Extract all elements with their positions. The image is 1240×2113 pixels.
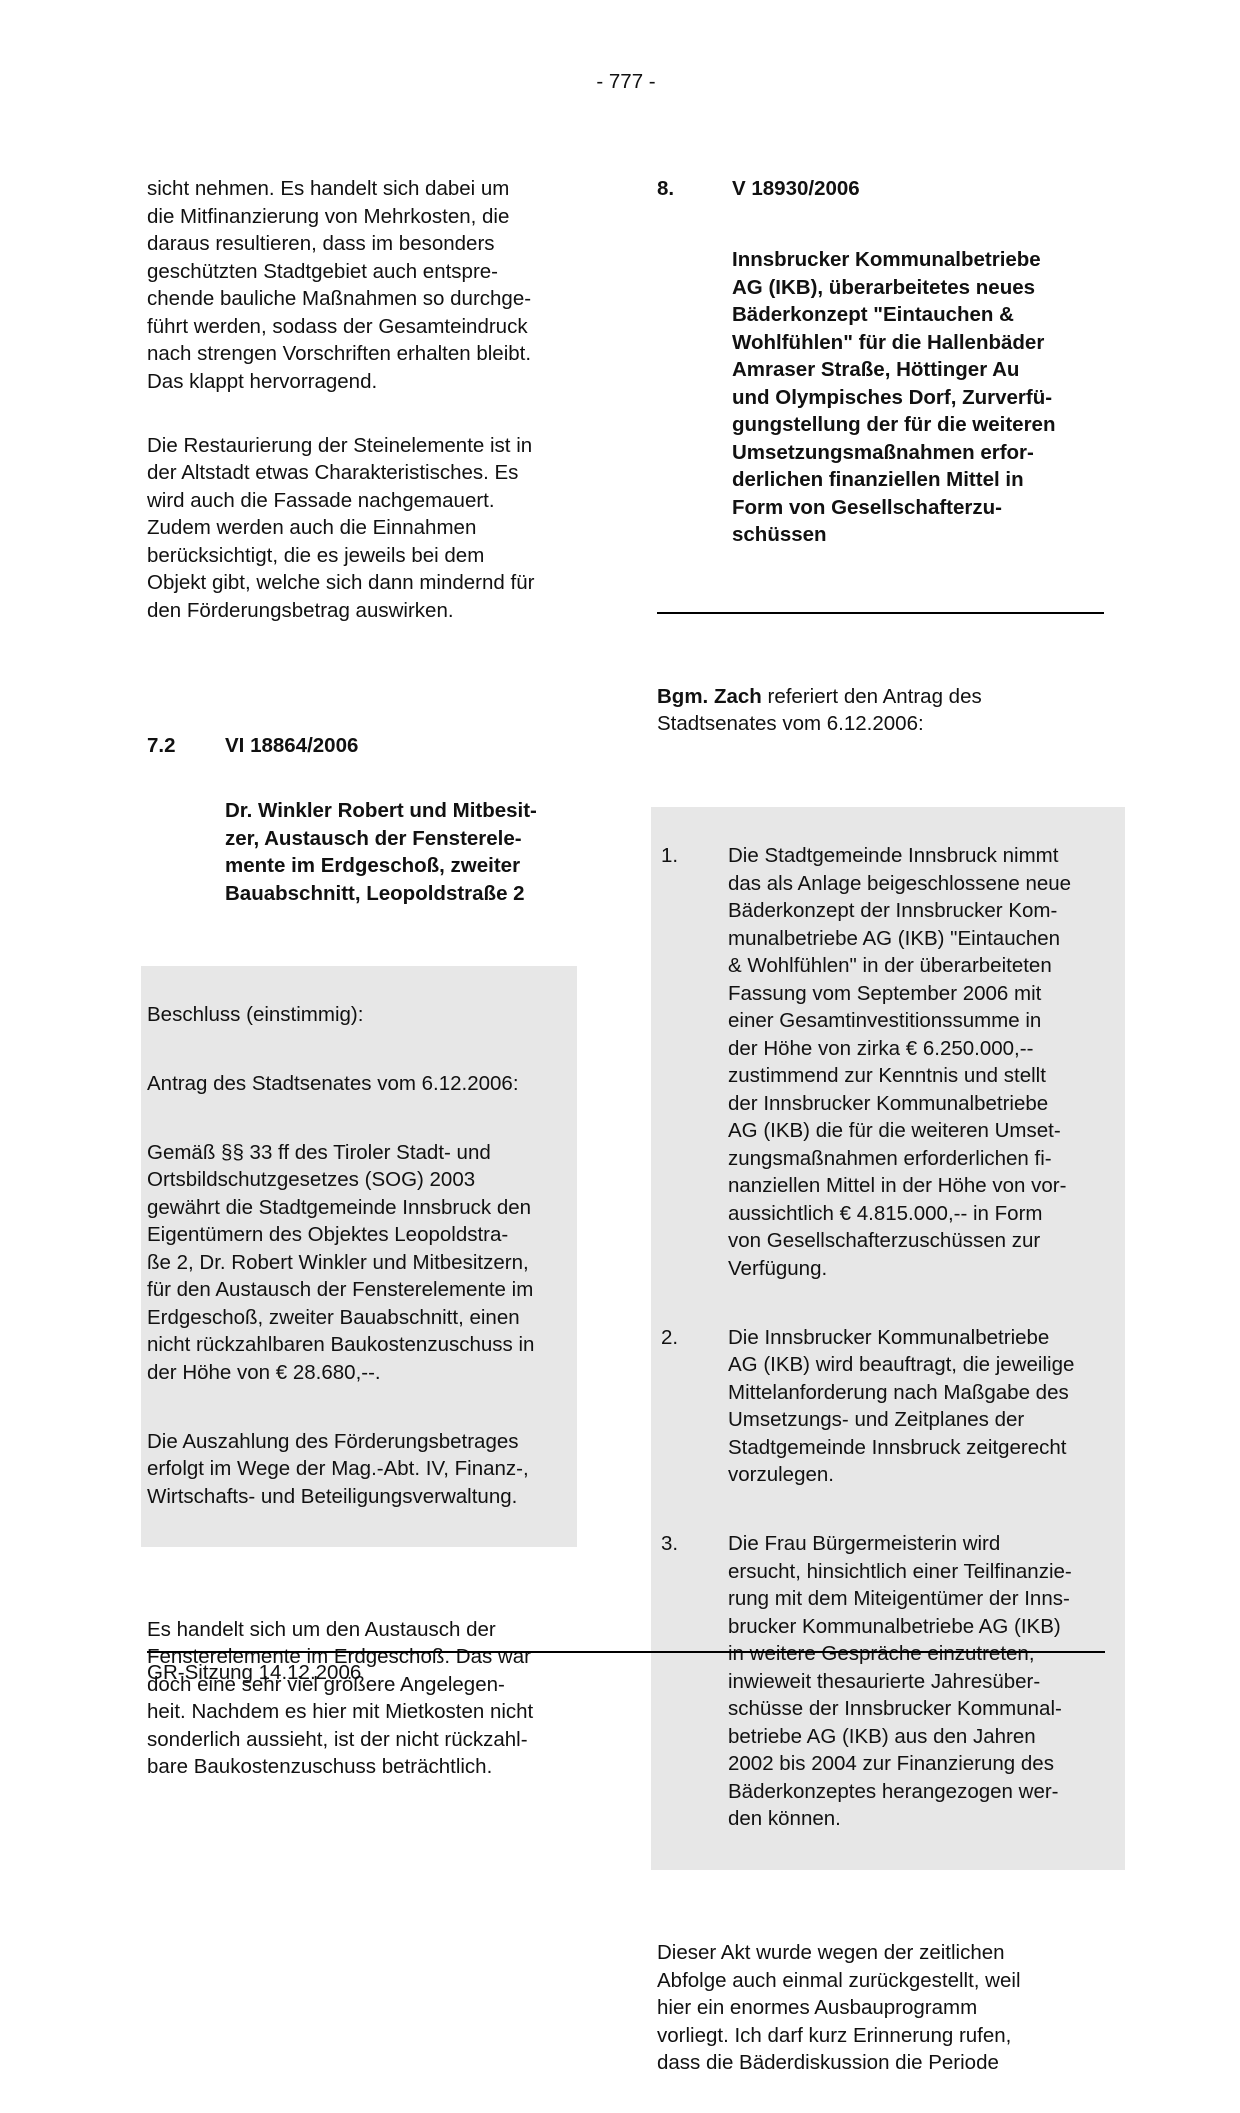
motion-intro: Antrag des Stadtsenates vom 6.12.2006: bbox=[147, 1070, 571, 1098]
resolution-item-number: 2. bbox=[661, 1324, 728, 1489]
motion-text: Gemäß §§ 33 ff des Tiroler Stadt- und Or… bbox=[147, 1139, 571, 1387]
agenda-item-reference: V 18930/2006 bbox=[732, 175, 860, 203]
resolution-item: 2. Die Innsbrucker Kommunalbetriebe AG (… bbox=[661, 1324, 1119, 1489]
heading-divider bbox=[657, 612, 1104, 614]
agenda-item-number: 8. bbox=[657, 175, 732, 203]
agenda-item-7-2-heading: 7.2 VI 18864/2006 bbox=[147, 732, 597, 760]
page-number: - 777 - bbox=[147, 68, 1105, 96]
agenda-item-7-2-title: Dr. Winkler Robert und Mitbesit- zer, Au… bbox=[225, 797, 597, 907]
right-column: 8. V 18930/2006 Innsbrucker Kommunalbetr… bbox=[657, 148, 1125, 2113]
resolution-item-text: Die Innsbrucker Kommunalbetriebe AG (IKB… bbox=[728, 1324, 1119, 1489]
agenda-item-8-title: Innsbrucker Kommunalbetriebe AG (IKB), ü… bbox=[732, 246, 1125, 549]
payment-text: Die Auszahlung des Förderungsbetrages er… bbox=[147, 1428, 571, 1511]
left-column: sicht nehmen. Es handelt sich dabei um d… bbox=[147, 148, 597, 1818]
decision-label: Beschluss (einstimmig): bbox=[147, 1001, 571, 1029]
two-column-layout: sicht nehmen. Es handelt sich dabei um d… bbox=[147, 148, 1125, 2113]
resolution-item-text: Die Stadtgemeinde Innsbruck nimmt das al… bbox=[728, 842, 1119, 1282]
resolution-item: 1. Die Stadtgemeinde Innsbruck nimmt das… bbox=[661, 842, 1119, 1282]
paragraph-commentary: Dieser Akt wurde wegen der zeitlichen Ab… bbox=[657, 1939, 1125, 2077]
resolution-highlight-block: 1. Die Stadtgemeinde Innsbruck nimmt das… bbox=[651, 807, 1125, 1871]
page-footer: GR-Sitzung 14.12.2006 bbox=[147, 1651, 1105, 1687]
decision-highlight-block: Beschluss (einstimmig): Antrag des Stadt… bbox=[141, 966, 577, 1547]
paragraph-commentary: Es handelt sich um den Austausch der Fen… bbox=[147, 1616, 597, 1781]
agenda-item-number: 7.2 bbox=[147, 732, 225, 760]
speaker-paragraph: Bgm. Zach referiert den Antrag des Stadt… bbox=[657, 683, 1125, 738]
document-page: - 777 - sicht nehmen. Es handelt sich da… bbox=[0, 0, 1240, 1755]
footer-text: GR-Sitzung 14.12.2006 bbox=[147, 1661, 361, 1684]
resolution-item-number: 1. bbox=[661, 842, 728, 1282]
paragraph-continuation: sicht nehmen. Es handelt sich dabei um d… bbox=[147, 175, 597, 395]
paragraph-restaurierung: Die Restaurierung der Steinelemente ist … bbox=[147, 432, 597, 625]
agenda-item-reference: VI 18864/2006 bbox=[225, 732, 358, 760]
speaker-name: Bgm. Zach bbox=[657, 685, 762, 708]
agenda-item-8-heading: 8. V 18930/2006 bbox=[657, 175, 1125, 203]
